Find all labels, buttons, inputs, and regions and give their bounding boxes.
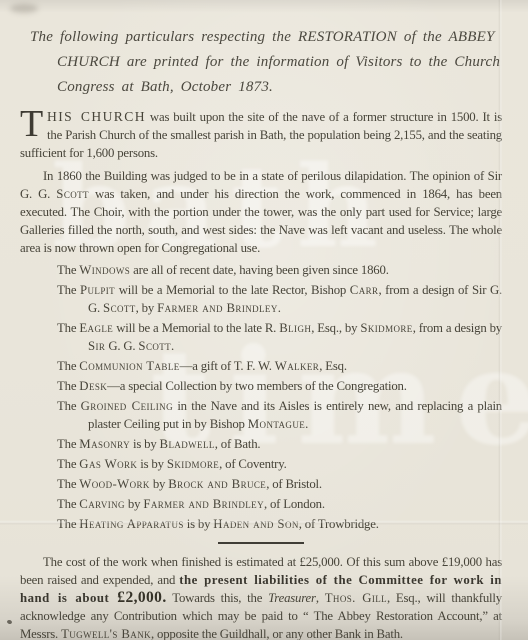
corner-smudge: [10, 4, 38, 13]
text-run: , from a design by: [413, 321, 502, 335]
text-run: by: [150, 477, 168, 491]
text-run: , opposite the Guildhall, or any other B…: [151, 627, 403, 640]
text-run: is by: [130, 437, 160, 451]
list-item-heating-apparatus: The Heating Apparatus is by Haden and So…: [20, 515, 502, 533]
notice-header: The following particulars respecting the…: [30, 25, 502, 100]
header-line-2: CHURCH are printed for the information o…: [30, 50, 502, 75]
text-run: , of Trowbridge.: [299, 517, 379, 531]
header-line-3: Congress at Bath, October 1873.: [30, 75, 502, 100]
text-run: Gas Work: [79, 457, 137, 471]
text-run: —a special Collection by two members of …: [107, 379, 407, 393]
text-run: The: [57, 517, 79, 531]
text-run: The: [57, 457, 79, 471]
text-run: —a gift of T. F. W.: [180, 359, 275, 373]
text-run: The: [57, 399, 81, 413]
list-item-masonry: The Masonry is by Bladwell, of Bath.: [20, 435, 502, 453]
text-run: The: [57, 477, 79, 491]
text-run: is by: [137, 457, 167, 471]
text-run: Communion Table: [79, 359, 179, 373]
text-run: will be a Memorial to the late R.: [113, 321, 279, 335]
text-run: by: [125, 497, 143, 511]
list-item-wood-work: The Wood-Work by Brock and Bruce, of Bri…: [20, 475, 502, 493]
intro-paragraph: THIS CHURCH was built upon the site of t…: [20, 108, 502, 162]
scanned-notice-page: bath time The following particulars resp…: [0, 0, 528, 640]
text-run: The: [57, 263, 79, 277]
text-run: Bligh: [279, 321, 311, 335]
text-run: Heating Apparatus: [79, 517, 183, 531]
text-run: Eagle: [79, 321, 113, 335]
text-run: .: [305, 417, 308, 431]
text-run: Masonry: [79, 437, 130, 451]
text-run: Montague: [248, 417, 305, 431]
text-run: The: [57, 437, 79, 451]
text-run: The: [57, 379, 79, 393]
text-run: Scott: [138, 339, 171, 353]
intro-text: HIS CHURCH was built upon the site of th…: [20, 110, 502, 160]
restoration-history-paragraph: In 1860 the Building was judged to be in…: [20, 167, 502, 257]
ink-speck: [7, 619, 13, 624]
text-run: Farmer and Brindley: [143, 497, 264, 511]
list-item-carving: The Carving by Farmer and Brindley, of L…: [20, 495, 502, 513]
works-list: The Windows are all of recent date, havi…: [20, 261, 502, 533]
text-run: Skidmore: [167, 457, 219, 471]
text-run: are all of recent date, having been give…: [130, 263, 389, 277]
text-run: Scott: [56, 187, 89, 201]
text-run: Brock and Bruce: [168, 477, 266, 491]
notice-body: THIS CHURCH was built upon the site of t…: [20, 108, 502, 640]
text-run: Carving: [79, 497, 125, 511]
text-run: , Esq.: [319, 359, 347, 373]
text-run: Desk: [79, 379, 107, 393]
list-item-communion-table: The Communion Table—a gift of T. F. W. W…: [20, 357, 502, 375]
header-line-1: The following particulars respecting the…: [30, 25, 502, 50]
text-run: The: [57, 359, 79, 373]
text-run: G. G.: [105, 339, 138, 353]
text-run: Carr: [350, 283, 379, 297]
text-run: ,: [316, 591, 325, 605]
text-run: Scott: [103, 301, 136, 315]
text-run: Bladwell: [160, 437, 215, 451]
text-run: HIS CHURCH: [47, 109, 146, 124]
text-run: will be a Memorial to the late Rector, B…: [115, 283, 350, 297]
list-item-gas-work: The Gas Work is by Skidmore, of Coventry…: [20, 455, 502, 473]
drop-cap: T: [20, 108, 47, 139]
text-run: , by: [136, 301, 157, 315]
text-run: Groined Ceiling: [81, 399, 173, 413]
text-run: Skidmore: [360, 321, 412, 335]
text-run: Pulpit: [80, 283, 115, 297]
text-run: Farmer and Brindley: [157, 301, 278, 315]
text-run: , of London.: [264, 497, 325, 511]
text-run: The: [57, 321, 79, 335]
text-run: Tugwell's Bank: [61, 627, 151, 640]
text-run: .: [278, 301, 281, 315]
list-item-groined-ceiling: The Groined Ceiling in the Nave and its …: [20, 397, 502, 433]
list-item-desk: The Desk—a special Collection by two mem…: [20, 377, 502, 395]
text-run: , of Coventry.: [219, 457, 286, 471]
text-run: Thos. Gill: [325, 591, 387, 605]
text-run: The: [57, 283, 80, 297]
list-item-eagle: The Eagle will be a Memorial to the late…: [20, 319, 502, 355]
text-run: The: [57, 497, 79, 511]
text-run: Walker: [275, 359, 319, 373]
list-item-pulpit: The Pulpit will be a Memorial to the lat…: [20, 281, 502, 317]
text-run: Windows: [79, 263, 130, 277]
text-run: is by: [184, 517, 214, 531]
text-run: was taken, and under his direction the w…: [20, 187, 502, 255]
section-divider-rule: [218, 542, 304, 544]
text-run: £2,000.: [117, 589, 166, 606]
text-run: .: [171, 339, 174, 353]
funding-paragraph: The cost of the work when finished is es…: [20, 553, 502, 640]
text-run: Haden and Son: [213, 517, 298, 531]
text-run: , Esq., by: [311, 321, 360, 335]
text-run: , of Bath.: [215, 437, 261, 451]
text-run: Towards this, the: [167, 591, 268, 605]
text-run: Wood-Work: [79, 477, 150, 491]
list-item-windows: The Windows are all of recent date, havi…: [20, 261, 502, 279]
text-run: Sir: [88, 339, 105, 353]
text-run: Treasurer: [268, 591, 316, 605]
text-run: , of Bristol.: [266, 477, 322, 491]
